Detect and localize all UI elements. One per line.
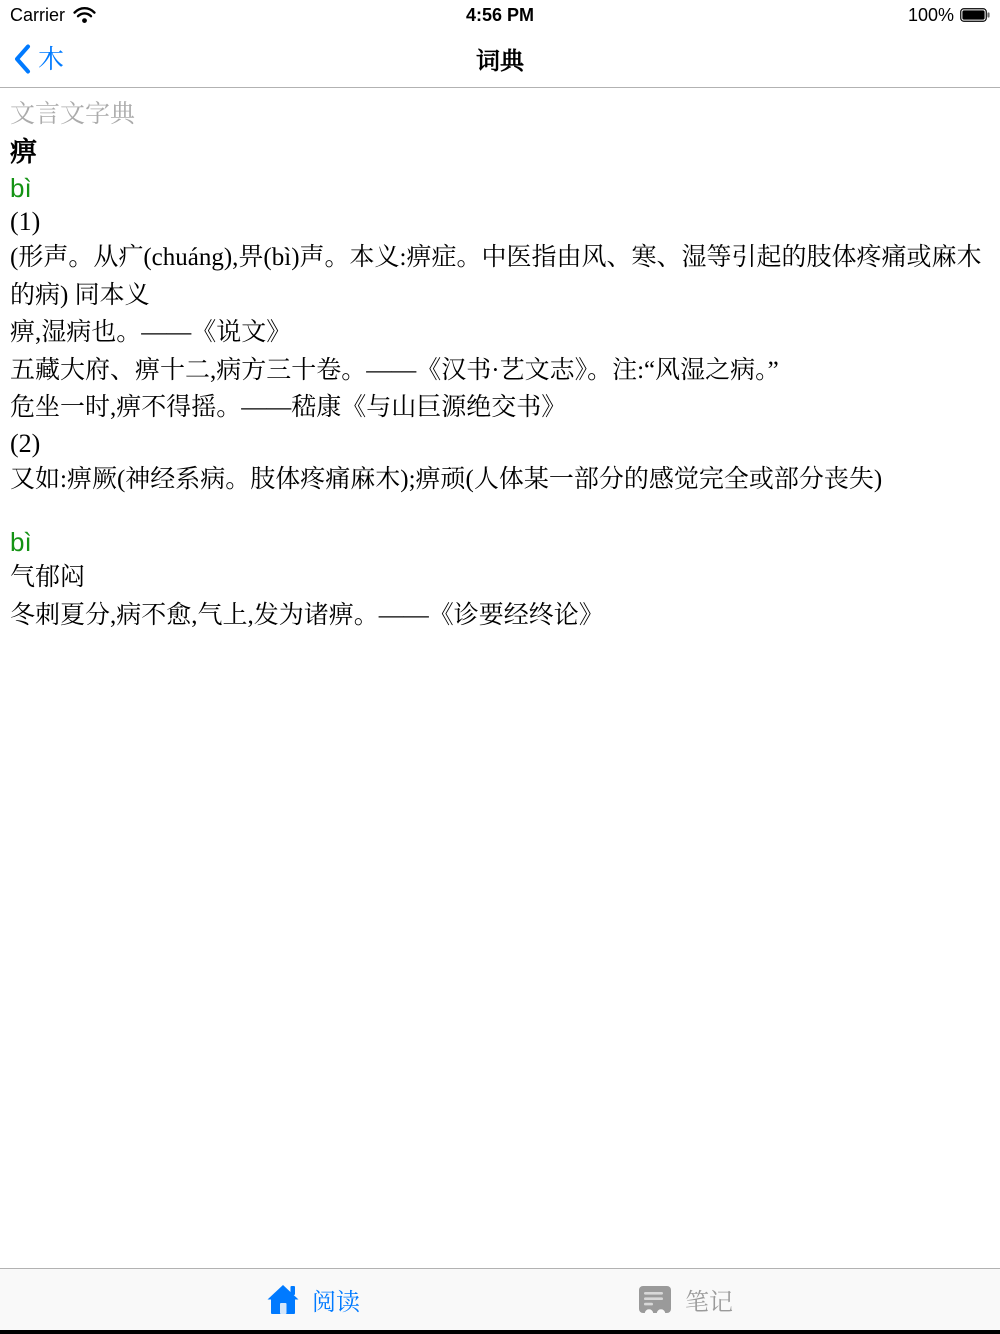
definition-line: (形声。从疒(chuáng),畀(bì)声。本义:痹症。中医指由风、寒、湿等引起… xyxy=(10,239,986,314)
notes-icon xyxy=(638,1284,672,1315)
tab-reading-label: 阅读 xyxy=(312,1282,360,1317)
tab-notes[interactable]: 笔记 xyxy=(638,1282,733,1317)
clock: 4:56 PM xyxy=(0,5,1000,26)
home-icon xyxy=(267,1284,299,1316)
pinyin-line: bì xyxy=(10,171,986,205)
sense-number: (1) xyxy=(10,205,986,239)
definition-line: 五藏大府、痹十二,病方三十卷。——《汉书·艺文志》。注:“风湿之病。” xyxy=(10,352,986,390)
headword: 痹 xyxy=(10,134,986,172)
pinyin-line: bì xyxy=(10,525,986,559)
page-title: 词典 xyxy=(0,41,1000,76)
back-chevron-icon xyxy=(14,44,31,74)
home-indicator-strip xyxy=(0,1330,1000,1334)
definition-line: 气郁闷 xyxy=(10,559,986,597)
status-bar: Carrier 4:56 PM 100% xyxy=(0,0,1000,30)
carrier-label: Carrier xyxy=(10,5,65,26)
definition-line: 冬刺夏分,病不愈,气上,发为诸痹。——《诊要经终论》 xyxy=(10,597,986,635)
back-button[interactable]: 木 xyxy=(0,30,70,87)
battery-percent: 100% xyxy=(908,5,954,26)
back-button-label: 木 xyxy=(38,46,64,72)
tab-bar: 阅读 笔记 xyxy=(0,1268,1000,1330)
definition-line: 又如:痹厥(神经系病。肢体疼痛麻木);痹顽(人体某一部分的感觉完全或部分丧失) xyxy=(10,461,986,499)
dictionary-content: 文言文字典痹bì(1)(形声。从疒(chuáng),畀(bì)声。本义:痹症。中… xyxy=(0,88,1000,634)
nav-bar: 木 词典 xyxy=(0,30,1000,88)
battery-icon xyxy=(960,8,990,22)
blank-line xyxy=(10,498,986,525)
definition-line: 危坐一时,痹不得摇。——嵇康《与山巨源绝交书》 xyxy=(10,389,986,427)
wifi-icon xyxy=(73,7,96,24)
tab-reading[interactable]: 阅读 xyxy=(267,1282,360,1317)
definition-line: 痹,湿病也。——《说文》 xyxy=(10,314,986,352)
sense-number: (2) xyxy=(10,427,986,461)
dictionary-name-label: 文言文字典 xyxy=(10,96,986,134)
tab-notes-label: 笔记 xyxy=(685,1282,733,1317)
